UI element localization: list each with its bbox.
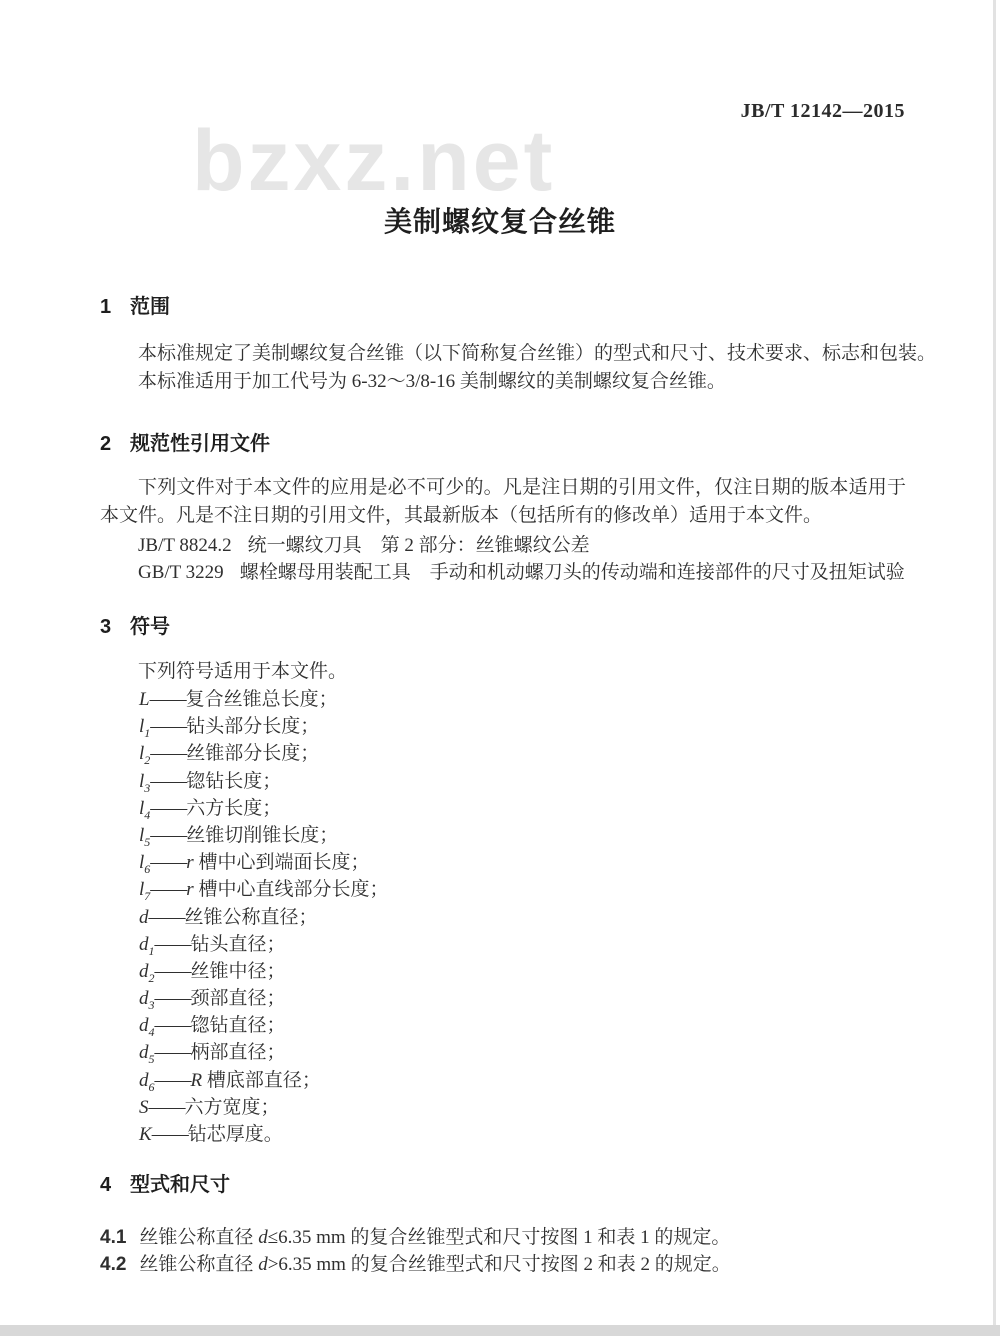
scope-paragraph-2: 本标准适用于加工代号为 6-32～3/8-16 美制螺纹的美制螺纹复合丝锥。 — [100, 368, 726, 396]
symbol-item: d——丝锥公称直径； — [139, 904, 388, 931]
section-2-title: 规范性引用文件 — [130, 433, 270, 455]
symbol-letter: S — [139, 1097, 149, 1118]
symbol-item: d3——颈部直径； — [139, 985, 388, 1012]
symbol-description: 锪钻长度； — [186, 771, 281, 792]
symbol-dash: —— — [150, 689, 186, 710]
reference-title: 统一螺纹刀具 第 2 部分：丝锥螺纹公差 — [248, 535, 590, 556]
symbols-intro: 下列符号适用于本文件。 — [100, 658, 347, 686]
section-2-number: 2 — [100, 433, 130, 456]
symbol-description: 六方长度； — [186, 798, 281, 819]
section-4-heading: 4型式和尺寸 — [100, 1168, 230, 1197]
watermark-text: bzxz.net — [192, 118, 555, 204]
symbol-item: l3——锪钻长度； — [139, 768, 388, 795]
symbol-dash: —— — [150, 825, 186, 846]
symbol-item: l2——丝锥部分长度； — [139, 740, 388, 767]
symbol-dash: —— — [150, 798, 186, 819]
symbol-letter: d — [139, 1015, 149, 1036]
symbol-description: 六方宽度； — [185, 1097, 280, 1118]
symbol-letter: d — [139, 988, 149, 1009]
symbol-item: K——钻芯厚度。 — [139, 1121, 388, 1148]
clause-number: 4.2 — [100, 1254, 126, 1275]
symbol-item: d1——钻头直径； — [139, 931, 388, 958]
symbol-description: 锪钻直径； — [191, 1015, 286, 1036]
symbol-letter: d — [139, 1042, 149, 1063]
symbol-dash: —— — [149, 907, 185, 928]
symbol-dash: —— — [150, 743, 186, 764]
page-right-edge — [993, 0, 996, 1325]
symbol-dash: —— — [150, 716, 186, 737]
clause-text: 丝锥公称直径 — [139, 1227, 258, 1248]
standard-number: JB/T 12142—2015 — [741, 100, 905, 123]
symbol-letter: d — [139, 1070, 149, 1091]
page-bottom-edge — [0, 1325, 1000, 1336]
symbol-item: d4——锪钻直径； — [139, 1012, 388, 1039]
symbol-item: d5——柄部直径； — [139, 1039, 388, 1066]
symbol-dash: —— — [149, 1097, 185, 1118]
symbol-dash: —— — [155, 1015, 191, 1036]
symbol-description: 钻芯厚度。 — [188, 1124, 283, 1145]
section-1-heading: 1范围 — [100, 290, 170, 319]
symbol-dash: —— — [155, 934, 191, 955]
symbols-list: L——复合丝锥总长度； l1——钻头部分长度； l2——丝锥部分长度； l3——… — [139, 686, 388, 1148]
symbol-description: 丝锥公称直径； — [185, 907, 318, 928]
clause-4-2: 4.2丝锥公称直径 d>6.35 mm 的复合丝锥型式和尺寸按图 2 和表 2 … — [100, 1249, 731, 1276]
symbol-item: S——六方宽度； — [139, 1094, 388, 1121]
reference-code: GB/T 3229 — [138, 562, 224, 583]
symbol-description: 槽底部直径； — [202, 1070, 321, 1091]
section-4-title: 型式和尺寸 — [130, 1174, 230, 1196]
symbol-item: d6——R 槽底部直径； — [139, 1067, 388, 1094]
symbol-variable: R — [191, 1070, 203, 1091]
symbol-description: 槽中心到端面长度； — [194, 852, 370, 873]
section-2-heading: 2规范性引用文件 — [100, 427, 270, 456]
symbol-description: 丝锥切削锥长度； — [186, 825, 338, 846]
section-1-title: 范围 — [130, 296, 170, 318]
reference-item-gbt-3229: GB/T 3229螺栓螺母用装配工具 手动和机动螺刀头的传动端和连接部件的尺寸及… — [138, 557, 905, 584]
symbol-description: 颈部直径； — [191, 988, 286, 1009]
symbol-description: 槽中心直线部分长度； — [194, 879, 389, 900]
symbol-item: l1——钻头部分长度； — [139, 713, 388, 740]
clause-text: >6.35 mm 的复合丝锥型式和尺寸按图 2 和表 2 的规定。 — [268, 1254, 731, 1275]
symbol-description: 钻头部分长度； — [186, 716, 319, 737]
document-page: bzxz.net JB/T 12142—2015 美制螺纹复合丝锥 1范围 本标… — [0, 0, 1000, 1336]
symbol-description: 复合丝锥总长度； — [186, 689, 338, 710]
scope-paragraph-1: 本标准规定了美制螺纹复合丝锥（以下简称复合丝锥）的型式和尺寸、技术要求、标志和包… — [100, 340, 936, 368]
symbol-variable: r — [186, 852, 193, 873]
symbol-letter: d — [139, 961, 149, 982]
symbol-dash: —— — [152, 1124, 188, 1145]
reference-title: 螺栓螺母用装配工具 手动和机动螺刀头的传动端和连接部件的尺寸及扭矩试验 — [240, 562, 905, 583]
symbol-description: 钻头直径； — [191, 934, 286, 955]
normative-references-paragraph: 下列文件对于本文件的应用是必不可少的。凡是注日期的引用文件，仅注日期的版本适用于… — [100, 474, 906, 529]
symbol-variable: r — [186, 879, 193, 900]
clause-text: 丝锥公称直径 — [139, 1254, 258, 1275]
symbol-item: l4——六方长度； — [139, 795, 388, 822]
symbol-description: 丝锥部分长度； — [186, 743, 319, 764]
page-title: 美制螺纹复合丝锥 — [0, 200, 1000, 240]
section-3-title: 符号 — [130, 616, 170, 638]
symbol-item: L——复合丝锥总长度； — [139, 686, 388, 713]
symbol-letter: d — [139, 934, 149, 955]
reference-code: JB/T 8824.2 — [138, 535, 232, 556]
symbol-item: l5——丝锥切削锥长度； — [139, 822, 388, 849]
section-3-number: 3 — [100, 616, 130, 639]
symbol-dash: —— — [150, 771, 186, 792]
symbol-letter: L — [139, 689, 150, 710]
symbol-item: l7——r 槽中心直线部分长度； — [139, 876, 388, 903]
section-4-number: 4 — [100, 1174, 130, 1197]
symbol-dash: —— — [155, 1070, 191, 1091]
reference-item-jbt-8824-2: JB/T 8824.2统一螺纹刀具 第 2 部分：丝锥螺纹公差 — [138, 530, 590, 557]
clause-text: ≤6.35 mm 的复合丝锥型式和尺寸按图 1 和表 1 的规定。 — [268, 1227, 731, 1248]
symbol-dash: —— — [155, 988, 191, 1009]
symbol-letter: K — [139, 1124, 152, 1145]
clause-4-1: 4.1丝锥公称直径 d≤6.35 mm 的复合丝锥型式和尺寸按图 1 和表 1 … — [100, 1222, 730, 1249]
symbol-item: l6——r 槽中心到端面长度； — [139, 849, 388, 876]
symbol-letter: d — [139, 907, 149, 928]
symbol-dash: —— — [150, 852, 186, 873]
symbol-dash: —— — [150, 879, 186, 900]
symbol-dash: —— — [155, 1042, 191, 1063]
symbol-description: 丝锥中径； — [191, 961, 286, 982]
clause-variable: d — [258, 1254, 268, 1275]
clause-number: 4.1 — [100, 1227, 126, 1248]
section-3-heading: 3符号 — [100, 610, 170, 639]
symbol-item: d2——丝锥中径； — [139, 958, 388, 985]
clause-variable: d — [258, 1227, 268, 1248]
symbol-description: 柄部直径； — [191, 1042, 286, 1063]
section-1-number: 1 — [100, 296, 130, 319]
symbol-dash: —— — [155, 961, 191, 982]
